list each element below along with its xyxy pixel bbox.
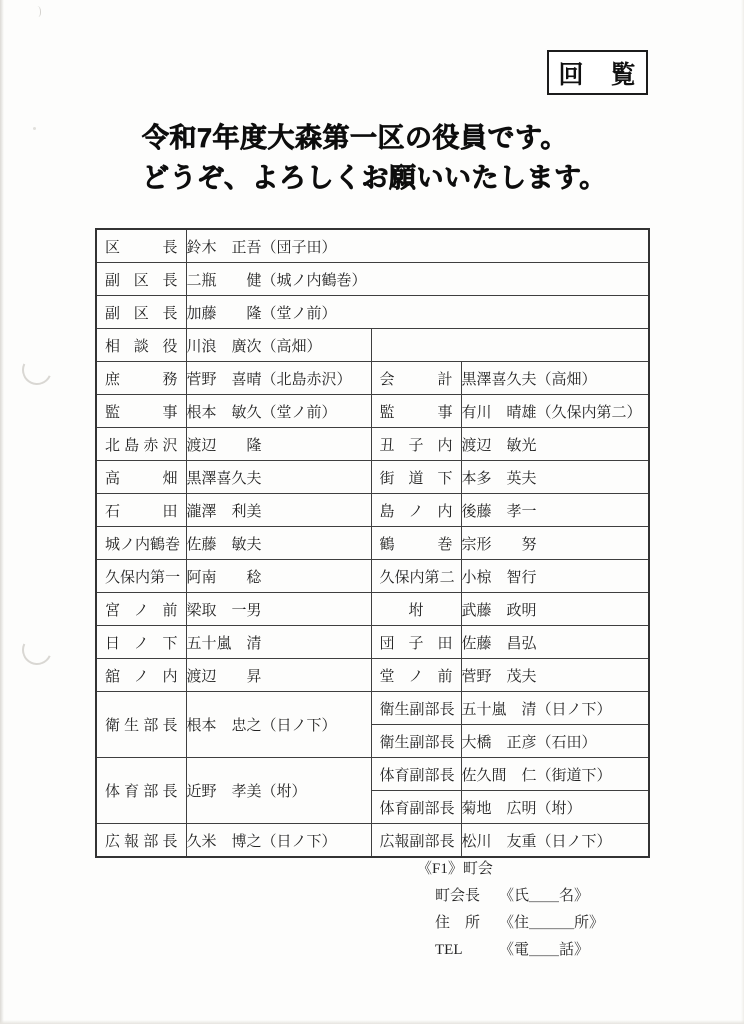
scan-artifact: [33, 127, 36, 130]
role-cell: 体育副部長: [371, 791, 461, 824]
name-cell: 菅野 喜晴（北島赤沢）: [186, 362, 371, 395]
name-cell: 宗形 努: [461, 527, 649, 560]
role-cell: 広報副部長: [371, 824, 461, 858]
role-cell: 監事: [371, 395, 461, 428]
name-cell: 松川 友重（日ノ下）: [461, 824, 649, 858]
role-cell: 坿: [371, 593, 461, 626]
name-cell: 川浪 廣次（高畑）: [186, 329, 371, 362]
role-cell: 高畑: [96, 461, 186, 494]
name-cell: 黒澤喜久夫（高畑）: [461, 362, 649, 395]
name-cell: 阿南 稔: [186, 560, 371, 593]
role-cell: 会計: [371, 362, 461, 395]
name-cell: 佐久間 仁（街道下）: [461, 758, 649, 791]
role-cell: 石田: [96, 494, 186, 527]
contact-label: 住 所: [435, 910, 487, 937]
contact-row: 町会長《氏＿＿名》: [435, 883, 604, 910]
role-cell: 丑子内: [371, 428, 461, 461]
name-cell: 佐藤 敏夫: [186, 527, 371, 560]
title-line-1: 令和7年度大森第一区の役員です。: [142, 118, 662, 158]
name-cell: 黒澤喜久夫: [186, 461, 371, 494]
role-cell: 監事: [96, 395, 186, 428]
contact-heading: 《F1》町会: [417, 856, 604, 883]
role-cell: 舘ノ内: [96, 659, 186, 692]
role-cell: 宮ノ前: [96, 593, 186, 626]
name-cell: 後藤 孝一: [461, 494, 649, 527]
role-cell: 北島赤沢: [96, 428, 186, 461]
role-cell: 久保内第一: [96, 560, 186, 593]
name-cell: 渡辺 昇: [186, 659, 371, 692]
role-cell: 体育部長: [96, 758, 186, 824]
name-cell: 佐藤 昌弘: [461, 626, 649, 659]
contact-label: 町会長: [435, 883, 487, 910]
officers-table: 区長鈴木 正吾（団子田）副区長二瓶 健（城ノ内鶴巻）副区長加藤 隆（堂ノ前）相談…: [95, 228, 650, 858]
role-cell: 島ノ内: [371, 494, 461, 527]
name-cell: 梁取 一男: [186, 593, 371, 626]
role-cell: 団子田: [371, 626, 461, 659]
scan-edge-left: [0, 0, 4, 1024]
role-cell: 体育副部長: [371, 758, 461, 791]
scanned-document-page: 回 覧 令和7年度大森第一区の役員です。 どうぞ、よろしくお願いいたします。 区…: [0, 0, 744, 1024]
contact-value: 《氏＿＿名》: [499, 888, 589, 904]
name-cell: 大橋 正彦（石田）: [461, 725, 649, 758]
name-cell: 二瓶 健（城ノ内鶴巻）: [186, 263, 649, 296]
name-cell: 菊地 広明（坿）: [461, 791, 649, 824]
name-cell: 本多 英夫: [461, 461, 649, 494]
scan-artifact: [34, 6, 41, 17]
role-cell: 相談役: [96, 329, 186, 362]
empty-cell: [371, 329, 649, 362]
name-cell: 五十嵐 清: [186, 626, 371, 659]
name-cell: 根本 忠之（日ノ下）: [186, 692, 371, 758]
name-cell: 武藤 政明: [461, 593, 649, 626]
contact-row: 住 所《住＿＿＿所》: [435, 910, 604, 937]
role-cell: 衛生部長: [96, 692, 186, 758]
kairan-stamp-box: 回 覧: [547, 50, 648, 95]
name-cell: 加藤 隆（堂ノ前）: [186, 296, 649, 329]
role-cell: 日ノ下: [96, 626, 186, 659]
name-cell: 小椋 智行: [461, 560, 649, 593]
officers-table-body: 区長鈴木 正吾（団子田）副区長二瓶 健（城ノ内鶴巻）副区長加藤 隆（堂ノ前）相談…: [96, 229, 649, 857]
name-cell: 近野 孝美（坿）: [186, 758, 371, 824]
contact-value: 《住＿＿＿所》: [499, 915, 604, 931]
role-cell: 衛生副部長: [371, 725, 461, 758]
name-cell: 久米 博之（日ノ下）: [186, 824, 371, 858]
name-cell: 根本 敏久（堂ノ前）: [186, 395, 371, 428]
role-cell: 副区長: [96, 263, 186, 296]
contact-value: 《電＿＿話》: [499, 942, 589, 958]
role-cell: 堂ノ前: [371, 659, 461, 692]
role-cell: 城ノ内鶴巻: [96, 527, 186, 560]
kairan-label: 回 覧: [558, 55, 636, 91]
page-title: 令和7年度大森第一区の役員です。 どうぞ、よろしくお願いいたします。: [142, 118, 662, 198]
title-line-2: どうぞ、よろしくお願いいたします。: [142, 158, 662, 198]
role-cell: 久保内第二: [371, 560, 461, 593]
role-cell: 衛生副部長: [371, 692, 461, 725]
name-cell: 鈴木 正吾（団子田）: [186, 229, 649, 263]
role-cell: 鶴巻: [371, 527, 461, 560]
role-cell: 区長: [96, 229, 186, 263]
role-cell: 副区長: [96, 296, 186, 329]
name-cell: 菅野 茂夫: [461, 659, 649, 692]
contact-row: TEL《電＿＿話》: [435, 937, 604, 964]
role-cell: 広報部長: [96, 824, 186, 858]
name-cell: 渡辺 隆: [186, 428, 371, 461]
name-cell: 渡辺 敏光: [461, 428, 649, 461]
scan-edge-bottom: [0, 1020, 744, 1024]
punch-hole: [18, 631, 56, 669]
name-cell: 五十嵐 清（日ノ下）: [461, 692, 649, 725]
name-cell: 瀧澤 利美: [186, 494, 371, 527]
role-cell: 街道下: [371, 461, 461, 494]
role-cell: 庶務: [96, 362, 186, 395]
punch-hole: [18, 351, 56, 389]
contact-block: 《F1》町会 町会長《氏＿＿名》 住 所《住＿＿＿所》 TEL《電＿＿話》: [417, 856, 604, 964]
contact-label: TEL: [435, 937, 487, 964]
name-cell: 有川 晴雄（久保内第二）: [461, 395, 649, 428]
